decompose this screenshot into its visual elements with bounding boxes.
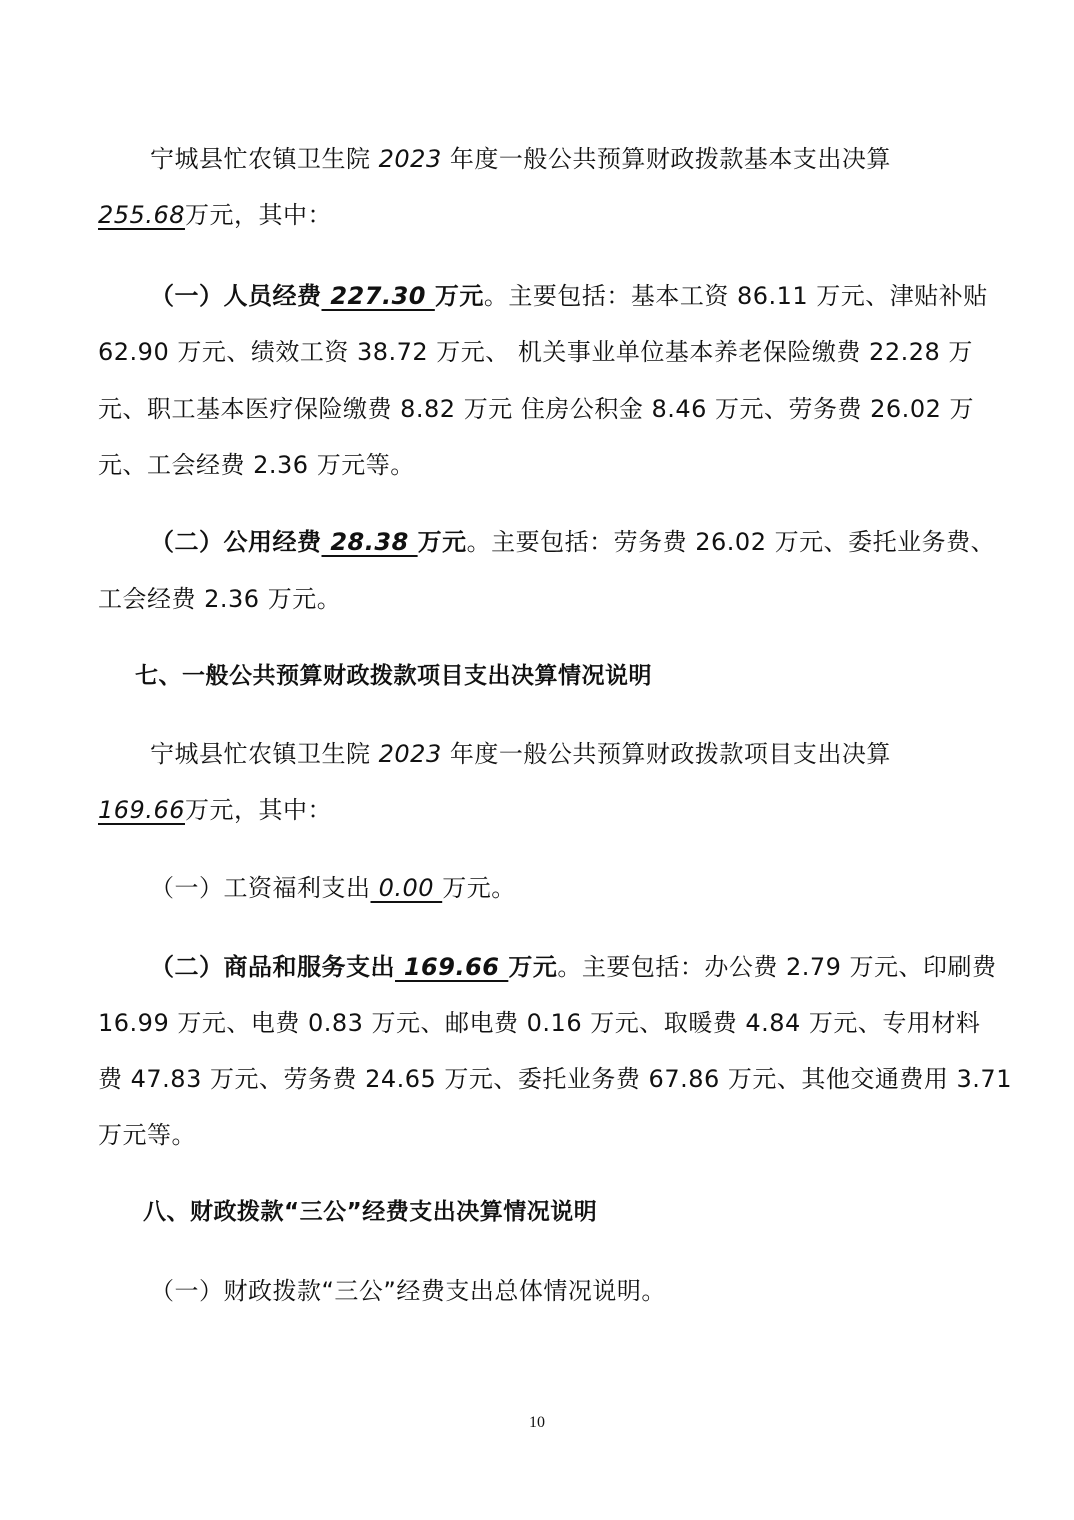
public-amount: 28.38 <box>322 528 418 556</box>
goods-services-line2: 16.99 万元、电费 0.83 万元、邮电费 0.16 万元、取暖费 4.84… <box>98 1008 980 1038</box>
item-label: （二）公用经费 <box>150 528 322 556</box>
wage-welfare-line: （一）工资福利支出 0.00 万元。 <box>150 873 516 903</box>
item-label: （一）人员经费 <box>150 282 322 310</box>
project-expenditure-total: 169.66 <box>98 796 185 824</box>
unit: 万元 <box>435 282 484 310</box>
section7-intro-line1: 宁城县忙农镇卫生院 2023 年度一般公共预算财政拨款项目支出决算 <box>150 739 891 769</box>
public-expense-line1: （二）公用经费 28.38 万元。主要包括：劳务费 26.02 万元、委托业务费… <box>150 527 995 557</box>
intro-text: 年度一般公共预算财政拨款基本支出决算 <box>442 145 891 173</box>
section6-intro-line2: 255.68万元，其中： <box>98 200 332 230</box>
item-text: 。主要包括：办公费 2.79 万元、印刷费 <box>557 953 996 981</box>
basic-expenditure-total: 255.68 <box>98 201 185 229</box>
item-text: 。 <box>491 874 516 902</box>
intro-text: 万元，其中： <box>185 796 332 824</box>
personnel-expense-line2: 62.90 万元、绩效工资 38.72 万元、 机关事业单位基本养老保险缴费 2… <box>98 337 973 367</box>
item-label: （一）工资福利支出 <box>150 874 371 902</box>
intro-text: 宁城县忙农镇卫生院 <box>150 740 379 768</box>
page-number: 10 <box>0 1414 1074 1432</box>
goods-services-line3: 费 47.83 万元、劳务费 24.65 万元、委托业务费 67.86 万元、其… <box>98 1064 1012 1094</box>
personnel-expense-line4: 元、工会经费 2.36 万元等。 <box>98 450 415 480</box>
unit: 万元 <box>418 528 467 556</box>
item-text: 。主要包括：劳务费 26.02 万元、委托业务费、 <box>467 528 995 556</box>
section6-intro-line1: 宁城县忙农镇卫生院 2023 年度一般公共预算财政拨款基本支出决算 <box>150 144 891 174</box>
item-text: 。主要包括：基本工资 86.11 万元、津贴补贴 <box>484 282 988 310</box>
personnel-amount: 227.30 <box>322 282 435 310</box>
item-label: （二）商品和服务支出 <box>150 953 395 981</box>
intro-text: 万元，其中： <box>185 201 332 229</box>
section8-sub1: （一）财政拨款“三公”经费支出总体情况说明。 <box>150 1276 666 1306</box>
goods-services-amount: 169.66 <box>395 953 508 981</box>
intro-text: 宁城县忙农镇卫生院 <box>150 145 379 173</box>
personnel-expense-line1: （一）人员经费 227.30 万元。主要包括：基本工资 86.11 万元、津贴补… <box>150 281 988 311</box>
public-expense-line2: 工会经费 2.36 万元。 <box>98 584 341 614</box>
section7-heading: 七、一般公共预算财政拨款项目支出决算情况说明 <box>135 661 652 691</box>
goods-services-line4: 万元等。 <box>98 1120 196 1150</box>
unit: 万元 <box>508 953 557 981</box>
unit: 万元 <box>442 874 491 902</box>
intro-text: 年度一般公共预算财政拨款项目支出决算 <box>442 740 891 768</box>
section7-intro-line2: 169.66万元，其中： <box>98 795 332 825</box>
section8-heading: 八、财政拨款“三公”经费支出决算情况说明 <box>143 1197 597 1227</box>
goods-services-line1: （二）商品和服务支出 169.66 万元。主要包括：办公费 2.79 万元、印刷… <box>150 952 997 982</box>
year: 2023 <box>379 145 442 173</box>
personnel-expense-line3: 元、职工基本医疗保险缴费 8.82 万元 住房公积金 8.46 万元、劳务费 2… <box>98 394 974 424</box>
wage-welfare-amount: 0.00 <box>371 874 443 902</box>
year: 2023 <box>379 740 442 768</box>
